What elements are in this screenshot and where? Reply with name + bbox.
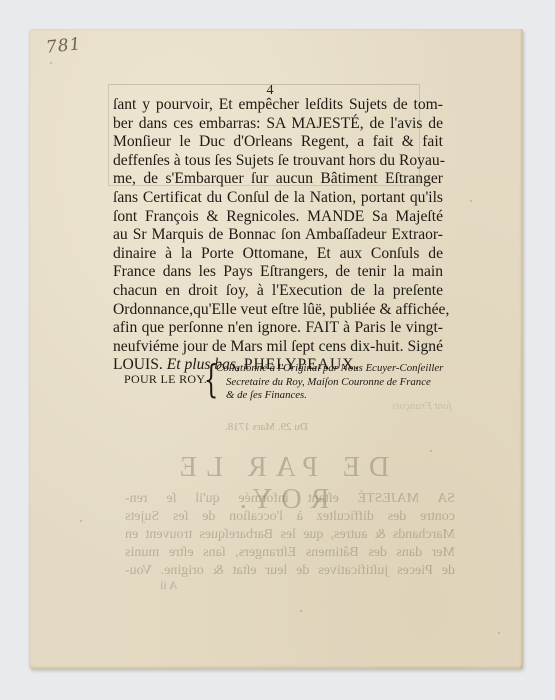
- paper-speck: [470, 200, 472, 202]
- body-line: ſant y pourvoir, Et empêcher leſdits Suj…: [113, 96, 443, 115]
- body-line: afin que perſonne n'en ignore. FAIT à Pa…: [113, 319, 443, 338]
- body-line: deffenſes à tous ſes Sujets ſe trouvant …: [113, 152, 443, 171]
- paper-speck: [50, 62, 52, 64]
- attestation-block: POUR LE ROY. { Collationné à l'Original …: [124, 361, 464, 401]
- attestation-line: Collationné à l'Original par Nous Ecuyer…: [216, 362, 466, 376]
- attestation-line: Secretaire du Roy, Maiſon Couronne de Fr…: [216, 376, 466, 390]
- ordinance-body-text: ſant y pourvoir, Et empêcher leſdits Suj…: [113, 96, 443, 375]
- bleed-line: SA MAJESTÉ eſtant informée qu'il ſe ren-: [125, 490, 455, 508]
- bleed-line: Mer dans des Bâtimens Eſtrangers, ſans e…: [125, 544, 455, 562]
- body-line: Ordonnance,qu'Elle veut eſtre lûë, publi…: [113, 301, 443, 320]
- body-line: au Sr Marquis de Bonnac ſon Ambaſſadeur …: [113, 226, 443, 245]
- body-line: dinaire à la Porte Ottomane, Et aux Conſ…: [113, 245, 443, 264]
- bleed-through-faint-note: ſont François: [392, 400, 452, 412]
- bleed-through-paragraph: SA MAJESTÉ eſtant informée qu'il ſe ren-…: [125, 490, 455, 580]
- paper-speck: [498, 632, 500, 634]
- body-line: France dans les Pays Eſtrangers, de teni…: [113, 263, 443, 282]
- body-line: Monſieur le Duc d'Orleans Regent, a fait…: [113, 133, 443, 152]
- attestation-text: Collationné à l'Original par Nous Ecuyer…: [216, 362, 466, 403]
- paper-speck: [430, 450, 432, 452]
- body-line: ſans Certificat du Conſul de la Nation, …: [113, 189, 443, 208]
- paper-speck: [80, 520, 82, 522]
- bleed-line: Marchands & autres, que les Barbareſques…: [125, 526, 455, 544]
- body-line: ſont François & Regnicoles. MANDE Sa Maj…: [113, 208, 443, 227]
- bleed-through-date: Du 29. Mars 1718.: [225, 421, 308, 433]
- body-line: neufviéme jour de Mars mil ſept cens dix…: [113, 338, 443, 357]
- bleed-through-signature-mark: A ii: [160, 578, 178, 593]
- body-line: me, de s'Embarquer ſur aucun Bâtiment Eſ…: [113, 170, 443, 189]
- bleed-line: contre des difficultez à l'occaſion de ſ…: [125, 508, 455, 526]
- handwritten-catalog-number: 781: [45, 34, 82, 58]
- body-line: chacun en droit ſoy, à l'Execution de la…: [113, 282, 443, 301]
- paper-speck: [300, 610, 302, 612]
- body-line: ber dans ces embarras: SA MAJESTÉ, de l'…: [113, 115, 443, 134]
- pour-le-roy-label: POUR LE ROY.: [124, 372, 207, 387]
